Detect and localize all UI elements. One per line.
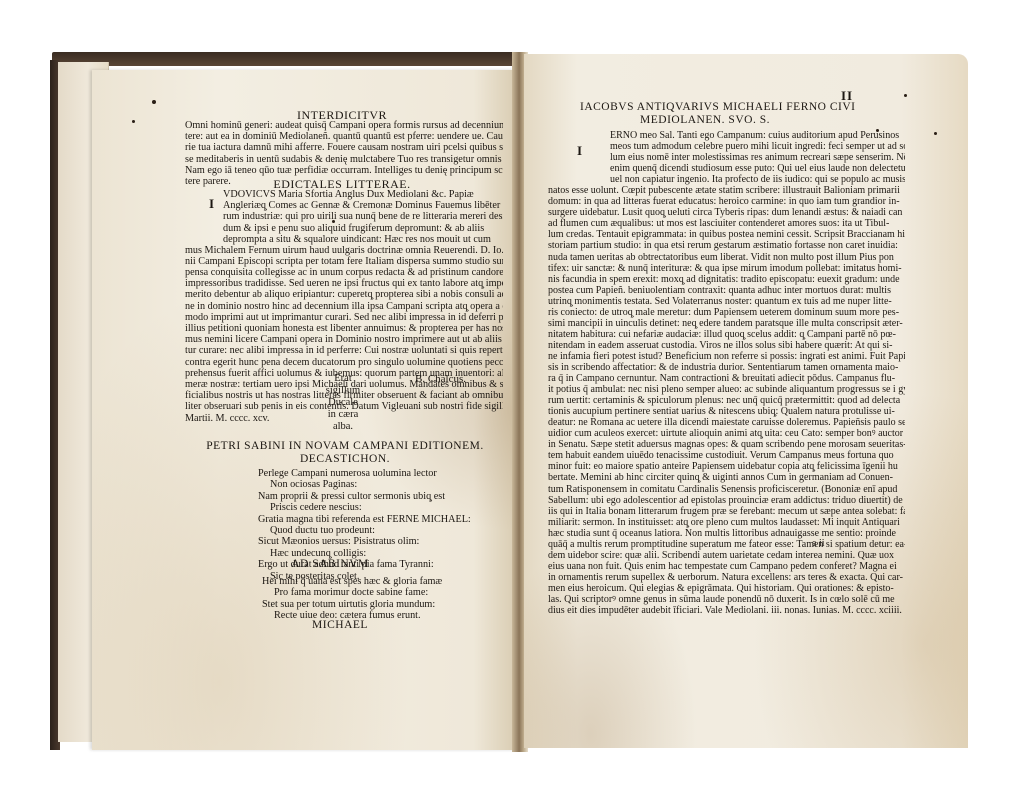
text-line: sis in scribendo affectatior: & de indus… [548,362,905,373]
signature-mark: a ii [812,538,825,549]
text-line: nitatem habitura: cui nefariæ audaciæ: i… [548,329,905,340]
text-line: nitendam in eadem asseruat custodia. Vir… [548,340,905,351]
text-line: ERNO meo Sal. Tanti ego Campanum: cuius … [548,130,905,141]
text-line: illius petitioni quoniam honesta est lib… [185,323,503,334]
text-line: modo imprimi aut ut imprimantur curari. … [185,312,503,323]
text-line: quāq̄ a multis rerum promptitudine super… [548,539,905,550]
text-line: ris coniecto: de utroq̧ male meretur: du… [548,307,905,318]
text-line: minor fuit: eo maiore spatio anteire Pap… [548,461,905,472]
text-line: nuda tamen ueritas ab obtrectatoribus eu… [548,252,905,263]
text-line: storiam partium studio: in qua etsi reru… [548,240,905,251]
foxing-spot [904,94,907,97]
text-line: uidior cum aculeos exercet: uirtute alio… [548,428,905,439]
text-line: nis facundia in spem erexit: moxq̧ ad di… [548,274,905,285]
text-line: tifex: uir sanctæ: & nunq̄ interituræ: &… [548,263,905,274]
text-line: surgere uidebatur. Lusit quoq̧ ueluti ci… [548,207,905,218]
verse-line: Nam proprii & pressi cultor sermonis ubi… [258,491,488,502]
foxing-spot [934,132,937,135]
text-line: tere: aut ea in dominiū Mediolaneñ. quan… [185,131,503,142]
verse-line: Quod ductu tuo prodeunt: [258,525,488,536]
letter-body: ERNO meo Sal. Tanti ego Campanum: cuius … [548,130,905,616]
text-line: ne in dominio nostro hinc ad decennium i… [185,301,503,312]
text-line: men eius heroicum. Qui elegias & epigrām… [548,583,905,594]
text-line: tur curare: nec alibi impressa in id per… [185,345,503,356]
text-line: VDOVICVS Maria Sfortia Anglus Dux Mediol… [185,189,503,200]
verse-line: Non ociosas Paginas: [258,479,488,490]
letter-heading-line2: MEDIOLANEN. SVO. S. [580,114,830,126]
letter-heading-line1: IACOBVS ANTIQVARIVS MICHAELI FERNO CIVI [580,101,830,113]
text-line: rum industriæ: qui pro uirili sua nunq̄ … [185,211,503,222]
text-line: ad flumen cum æqualibus: ut mos est lasc… [548,218,905,229]
seal-note: Erat sigillum Ducale in cæra alba. [318,373,368,433]
text-line: tionis aucupium pertinere sentiat uarius… [548,406,905,417]
text-line: lum credas. Tentauit epigrammata: in qui… [548,229,905,240]
text-line: Nam ego iā teneo qūo tuæ perfidiæ occurr… [185,165,503,176]
text-line: hæc studia sunt q̄ oceanus latiora. Non … [548,528,905,539]
closing-name: MICHAEL [300,619,380,631]
text-line: impressoribus tradidisse. Sed ueren ne i… [185,278,503,289]
text-line: las. Qui scriptorꝰ omne genus in sūma la… [548,594,905,605]
text-line: in Senatu. Sæpe stetit aduersus magnas o… [548,439,905,450]
text-line: domum: in qua ad litteras fuerat educatu… [548,196,905,207]
open-incunabulum-book: INTERDICITVR Omni hominū generi: audeat … [0,0,1017,800]
text-line: simi mancipii in uinculis detinet: neq̧ … [548,318,905,329]
verse-line: Stet sua per totum uirtutis gloria mundu… [262,599,492,610]
text-line: tem habuit eandem uiuēdo tenacissime cus… [548,450,905,461]
text-line: it potius q̄ ambulat: nec nisi pleno sem… [548,384,905,395]
text-line: miliarit: sermon. In instituisset: atq̧ … [548,517,905,528]
text-line: nii Campani Episcopi scripta per totam f… [185,256,503,267]
text-line: iis qui in Italia bonam litterarum fruge… [548,506,905,517]
foxing-spot [132,120,135,123]
foxing-spot [152,100,156,104]
heading-decastichon: DECASTICHON. [265,453,425,465]
seal-line: in cæra [318,409,368,421]
verse-line: Sicut Mæonios uersus: Pisistratus olim: [258,536,488,547]
text-line: postea cum Papieñ. beniuolentiam contrax… [548,285,905,296]
text-line: Sabellum: ubi ego adolescentior ad epist… [548,495,905,506]
text-line: rie tua iactura damnū mihi afferre. Foue… [185,142,503,153]
text-line: dius eit dies impudēter audebit īficiari… [548,605,905,616]
text-line: contra egerit hunc pena decem ducatorum … [185,357,503,368]
text-line: bertate. Memini ab hinc circiter quinq̧ … [548,472,905,483]
text-line: dum & ipsi e penu suo aliquid frugiferum… [185,223,503,245]
text-line: tum Ratisponensem in comitatu Cardinalis… [548,484,905,495]
text-line: eius uana non fuit. Quis enim hac tempes… [548,561,905,572]
text-line: merito debentur ab aliquo eripiantur: cu… [185,289,503,300]
text-line: enim quenq̄ dicendi studiosum esse puto:… [548,163,905,174]
ad-sabinum-poem: Hei mihi q̄ uana est spes hæc & gloria f… [262,576,492,622]
chancellor-signature: B. Chalcus. [415,373,466,385]
verse-line: Pro fama morimur docte sabine fame: [262,587,492,598]
text-line: dem uidebor scire: quæ alii. Scribendi a… [548,550,905,561]
seal-line: Ducale [318,397,368,409]
text-line: lum eius nomē inter molestissimas res an… [548,152,905,163]
text-line: Omni hominū generi: audeat quisq̄ Campan… [185,120,503,131]
text-line: ne infamia fieri potest istud? Beneficiu… [548,351,905,362]
verse-line: Priscis cedere nescius: [258,502,488,513]
leather-cover-top-edge [52,52,522,66]
text-line: se meditaberis in uentū sudabis & denię … [185,154,503,165]
text-line: mus Michalem Fernum uirum haud uulgaris … [185,245,503,256]
text-line: in ornamentis rerum supellex & uerborum.… [548,572,905,583]
seal-line: sigillum [318,385,368,397]
text-line: ra q̄ in Campano cernuntur. Nam contract… [548,373,905,384]
text-line: utrinq̧ monimentis testata. Sed Volaterr… [548,296,905,307]
verse-line: Hei mihi q̄ uana est spes hæc & gloria f… [262,576,492,587]
seal-line: alba. [318,421,368,433]
text-line: rum uertit: certaminis & spiculorum plen… [548,395,905,406]
text-line: natos esse uolunt. Cœpit pubescente ætat… [548,185,905,196]
verse-line: Perlege Campani numerosa uolumina lector [258,468,488,479]
heading-petri-sabini: PETRI SABINI IN NOVAM CAMPANI EDITIONEM. [195,440,495,452]
text-line: uel non capiatur ingenio. Ita profecto d… [548,174,905,185]
text-line: deatur: ne Romana ac uetere illa dicendi… [548,417,905,428]
seal-line: Erat [318,373,368,385]
text-line: Angleriæq̧ Comes ac Gennæ & Cremonæ Domi… [185,200,503,211]
heading-ad-sabinum: AD SABINVM [270,558,390,570]
text-line: pensa conquisita collegisse ac in unum c… [185,267,503,278]
text-line: meos tum admodum celebre puero mihi licu… [548,141,905,152]
text-line: mus nemini licere Campani opera in Domin… [185,334,503,345]
verse-line: Gratia magna tibi referenda est FERNE MI… [258,514,488,525]
